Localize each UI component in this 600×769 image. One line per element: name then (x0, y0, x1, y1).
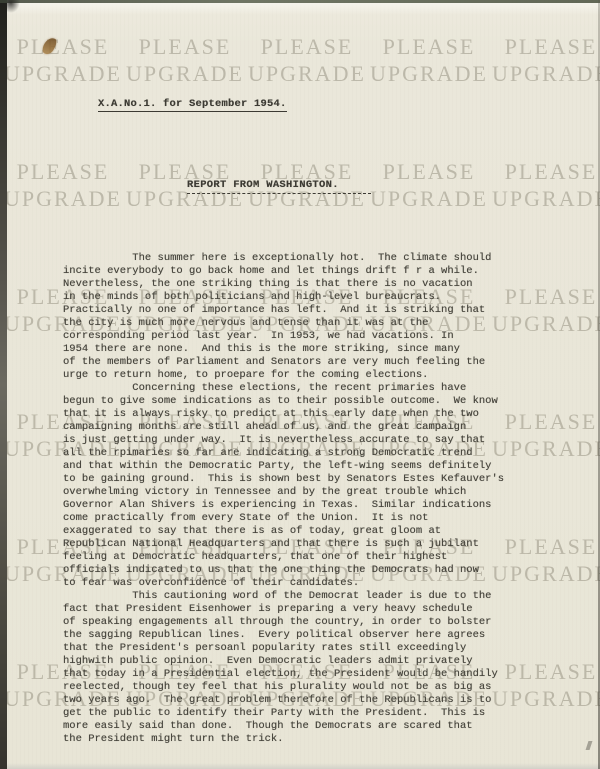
document-body-line: highwith public opinion. Even Democratic… (63, 655, 504, 668)
watermark-text: PLEASEUPGRADE (492, 658, 600, 712)
document-body-line: to fear was overconfidence of their cand… (63, 577, 504, 590)
document-body-line: feeling at Democratic headquarters, that… (63, 551, 504, 564)
document-body-line: is just getting under way. It is neverth… (63, 434, 504, 447)
document-body-line: more easily said than done. Though the D… (63, 720, 504, 733)
document-body-line: of the members of Parliament and Senator… (63, 356, 504, 369)
document-body-line: Governor Alan Shivers is experiencing in… (63, 499, 504, 512)
watermark-text: PLEASEUPGRADE (248, 33, 366, 87)
document-body-line: the sagging Republican lines. Every poli… (63, 629, 504, 642)
watermark-text: PLEASEUPGRADE (126, 33, 244, 87)
watermark-text: PLEASEUPGRADE (4, 158, 122, 212)
document-body-line: exaggerated to say that there is as of t… (63, 525, 504, 538)
document-title: REPORT FROM WASHINGTON. (187, 179, 371, 194)
document-body-line: 1954 there are none. And this is the mor… (63, 343, 504, 356)
document-reference: X.A.No.1. for September 1954. (98, 98, 287, 112)
document-body-line: Nevertheless, the one striking thing is … (63, 278, 504, 291)
scan-edge-bottom (0, 763, 600, 769)
watermark-text: PLEASEUPGRADE (370, 158, 488, 212)
ink-stain (40, 35, 59, 56)
page-corner-mark (586, 741, 593, 750)
document-body-line: begun to give some indications as to the… (63, 395, 504, 408)
document-body-line: the city is much more nervous and tense … (63, 317, 504, 330)
document-body: The summer here is exceptionally hot. Th… (63, 252, 504, 746)
document-body-line: incite everybody to go back home and let… (63, 265, 504, 278)
watermark-text: PLEASEUPGRADE (492, 158, 600, 212)
document-body-line: reelected, though tey feel that his plur… (63, 681, 504, 694)
watermark-text: PLEASEUPGRADE (492, 283, 600, 337)
watermark-row: PLEASEUPGRADEPLEASEUPGRADEPLEASEUPGRADEP… (0, 33, 600, 87)
document-body-line: This cautioning word of the Democrat lea… (63, 590, 504, 603)
document-body-line: that today in a Presidential election, t… (63, 668, 504, 681)
document-body-line: officials indicated to us that the one t… (63, 564, 504, 577)
watermark-text: PLEASEUPGRADE (492, 408, 600, 462)
document-body-line: all the rpimaries so far are indicating … (63, 447, 504, 460)
corner-smudge (7, 0, 20, 13)
document-body-line: Republican National Headquarters and tha… (63, 538, 504, 551)
document-body-line: Practically no one of importance has lef… (63, 304, 504, 317)
document-body-line: corresponding period last year. In 1953,… (63, 330, 504, 343)
scan-edge-top (0, 0, 600, 3)
document-body-line: of speaking engagements all through the … (63, 616, 504, 629)
document-body-line: The summer here is exceptionally hot. Th… (63, 252, 504, 265)
watermark-text: PLEASEUPGRADE (4, 33, 122, 87)
document-body-line: the President might turn the trick. (63, 733, 504, 746)
document-body-line: in the minds of both politicians and hig… (63, 291, 504, 304)
document-body-line: to be gaining ground. This is shown best… (63, 473, 504, 486)
scan-edge-left (0, 0, 7, 769)
document-body-line: get the public to identify their Party w… (63, 707, 504, 720)
document-body-line: campaigning months are still ahead of us… (63, 421, 504, 434)
document-body-line: two years ago. The great problem therefo… (63, 694, 504, 707)
watermark-text: PLEASEUPGRADE (492, 533, 600, 587)
watermark-text: PLEASEUPGRADE (370, 33, 488, 87)
document-body-line: and that within the Democratic Party, th… (63, 460, 504, 473)
document-body-line: that the President's persoanl popularity… (63, 642, 504, 655)
document-body-line: that it is always risky to predict at th… (63, 408, 504, 421)
document-body-line: urge to return home, to proepare for the… (63, 369, 504, 382)
watermark-text: PLEASEUPGRADE (492, 33, 600, 87)
document-body-line: come practically from every State of the… (63, 512, 504, 525)
document-body-line: overwhelming victory in Tennessee and by… (63, 486, 504, 499)
document-body-line: fact that President Eisenhower is prepar… (63, 603, 504, 616)
paper-top-highlight (0, 3, 600, 15)
document-body-line: Concerning these elections, the recent p… (63, 382, 504, 395)
